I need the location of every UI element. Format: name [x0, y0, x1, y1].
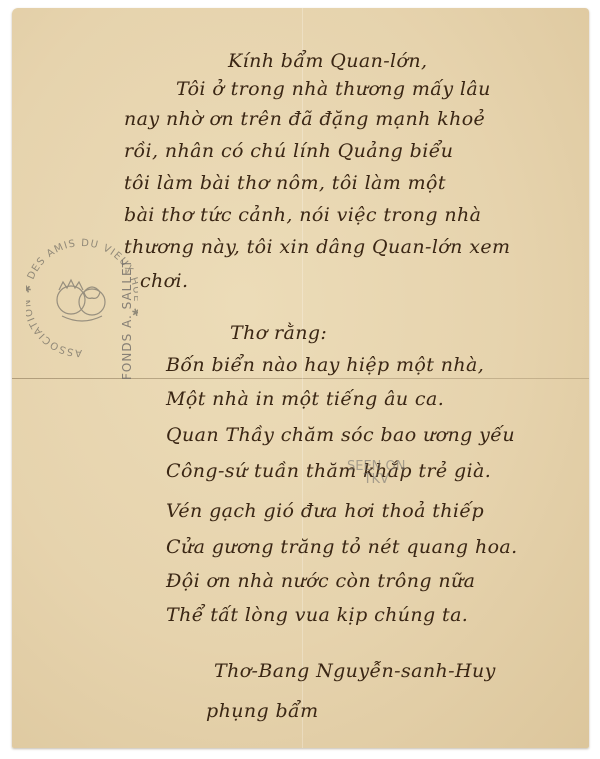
body-line-4: tôi làm bài thơ nôm, tôi làm một	[124, 172, 446, 194]
poem-line-6: Cửa gương trăng tỏ nét quang hoa.	[166, 536, 518, 558]
watermark: SEEN ON TKV	[347, 460, 406, 486]
poem-line-2: Một nhà in một tiếng âu ca.	[166, 388, 444, 410]
body-line-6: thương này, tôi xin dâng Quan-lớn xem	[124, 236, 510, 258]
body-line-7: chơi.	[140, 270, 188, 292]
body-line-2: nay nhờ ơn trên đã đặng mạnh khoẻ	[124, 108, 485, 130]
poem-line-1: Bốn biển nào hay hiệp một nhà,	[166, 354, 484, 376]
poem-line-5: Vén gạch gió đưa hơi thoả thiếp	[166, 500, 484, 522]
poem-line-8: Thể tất lòng vua kịp chúng ta.	[166, 604, 468, 626]
poem-title: Thơ rằng:	[230, 322, 327, 344]
body-line-1: Tôi ở trong nhà thương mấy lâu	[176, 78, 491, 100]
poem-line-4: Công-sứ tuần thăm khắp trẻ già.	[166, 460, 491, 482]
body-line-3: rồi, nhân có chú lính Quảng biểu	[124, 140, 453, 162]
signature-closing: phụng bẩm	[206, 700, 319, 722]
signature-name: Thơ-Bang Nguyễn-sanh-Huy	[214, 660, 496, 682]
horizontal-fold	[12, 378, 589, 379]
poem-line-7: Đội ơn nhà nước còn trông nữa	[166, 570, 475, 592]
body-line-5: bài thơ tức cảnh, nói việc trong nhà	[124, 204, 481, 226]
salutation: Kính bẩm Quan-lớn,	[228, 50, 427, 72]
watermark-line-2: TKV	[347, 473, 406, 486]
poem-line-3: Quan Thầy chăm sóc bao ương yếu	[166, 424, 515, 446]
